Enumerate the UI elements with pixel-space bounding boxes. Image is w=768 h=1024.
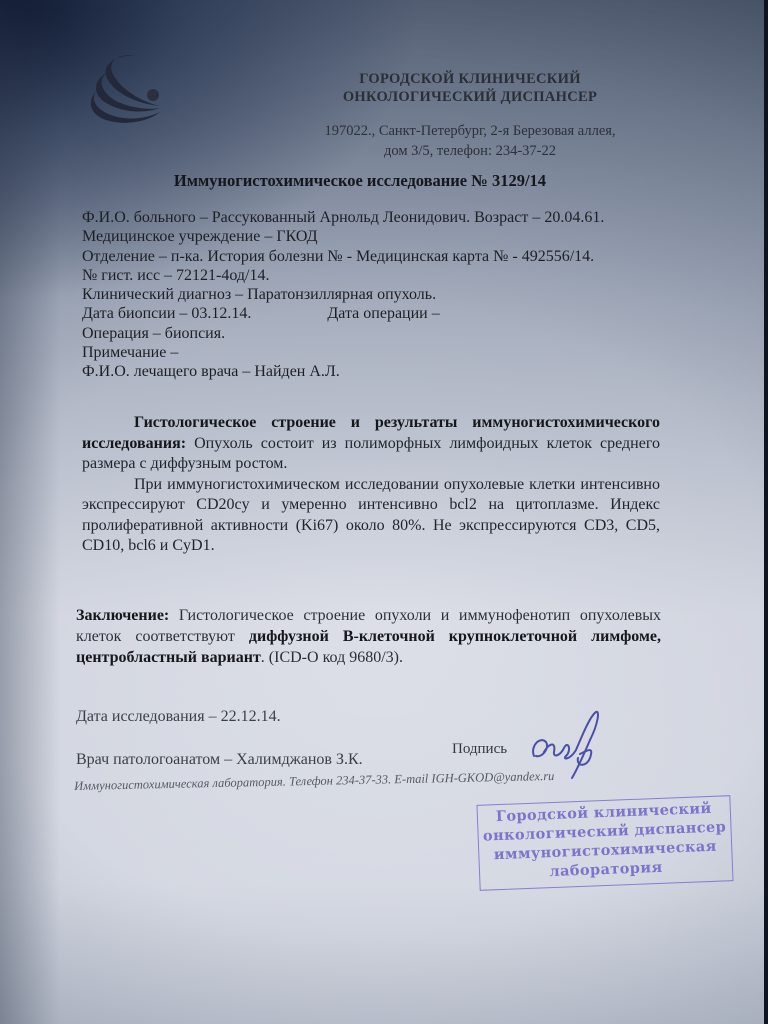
patient-info: Ф.И.О. больного – Рассукованный Арнольд …: [82, 208, 662, 382]
operation: Операция – биопсия.: [82, 324, 662, 343]
signature-label: Подпись: [452, 741, 507, 758]
lab-contacts: Иммуногистохимическая лаборатория. Телеф…: [74, 769, 555, 794]
document-page: ГОРОДСКОЙ КЛИНИЧЕСКИЙ ОНКОЛОГИЧЕСКИЙ ДИС…: [0, 0, 764, 1024]
organization-name: ГОРОДСКОЙ КЛИНИЧЕСКИЙ ОНКОЛОГИЧЕСКИЙ ДИС…: [300, 70, 640, 106]
histology-section: Гистологическое строение и результаты им…: [82, 413, 660, 557]
attending-doctor: Ф.И.О. лечащего врача – Найден А.Л.: [82, 362, 662, 381]
address-line-1: 197022., Санкт-Петербург, 2-я Березовая …: [290, 121, 650, 141]
study-date: Дата исследования – 22.12.14.: [76, 708, 281, 726]
department: Отделение – п-ка. История болезни № - Ме…: [82, 247, 662, 266]
lab-stamp: Городской клинический онкологический дис…: [476, 795, 733, 891]
institution: Медицинское учреждение – ГКОД: [82, 227, 662, 246]
document-title: Иммуногистохимическое исследование № 312…: [120, 171, 600, 191]
histology-number: № гист. исс – 72121-4од/14.: [82, 266, 662, 285]
shadow-left: [0, 0, 60, 1024]
conclusion-section: Заключение: Гистологическое строение опу…: [76, 605, 661, 668]
dispensary-logo-icon: [86, 50, 166, 126]
patient-name: Ф.И.О. больного – Рассукованный Арнольд …: [82, 208, 662, 227]
conclusion-label: Заключение:: [76, 607, 169, 624]
operation-date: Дата операции –: [327, 305, 439, 322]
address-line-2: дом 3/5, телефон: 234-37-22: [290, 141, 650, 161]
org-line-2: ОНКОЛОГИЧЕСКИЙ ДИСПАНСЕР: [300, 88, 640, 106]
dates-row: Дата биопсии – 03.12.14.Дата операции –: [82, 304, 662, 323]
pathologist: Врач патологоанатом – Халимджанов З.К.: [76, 751, 363, 769]
shadow-bottom: [0, 884, 764, 1024]
note: Примечание –: [82, 343, 662, 362]
org-line-1: ГОРОДСКОЙ КЛИНИЧЕСКИЙ: [300, 70, 640, 88]
histology-paragraph-1: Гистологическое строение и результаты им…: [82, 413, 660, 475]
histology-paragraph-2: При иммуногистохимическом исследовании о…: [82, 475, 660, 557]
organization-address: 197022., Санкт-Петербург, 2-я Березовая …: [290, 121, 650, 161]
conclusion-text-2: . (ICD-O код 9680/3).: [261, 649, 403, 666]
biopsy-date: Дата биопсии – 03.12.14.: [82, 305, 251, 322]
clinical-diagnosis: Клинический диагноз – Паратонзиллярная о…: [82, 285, 662, 304]
